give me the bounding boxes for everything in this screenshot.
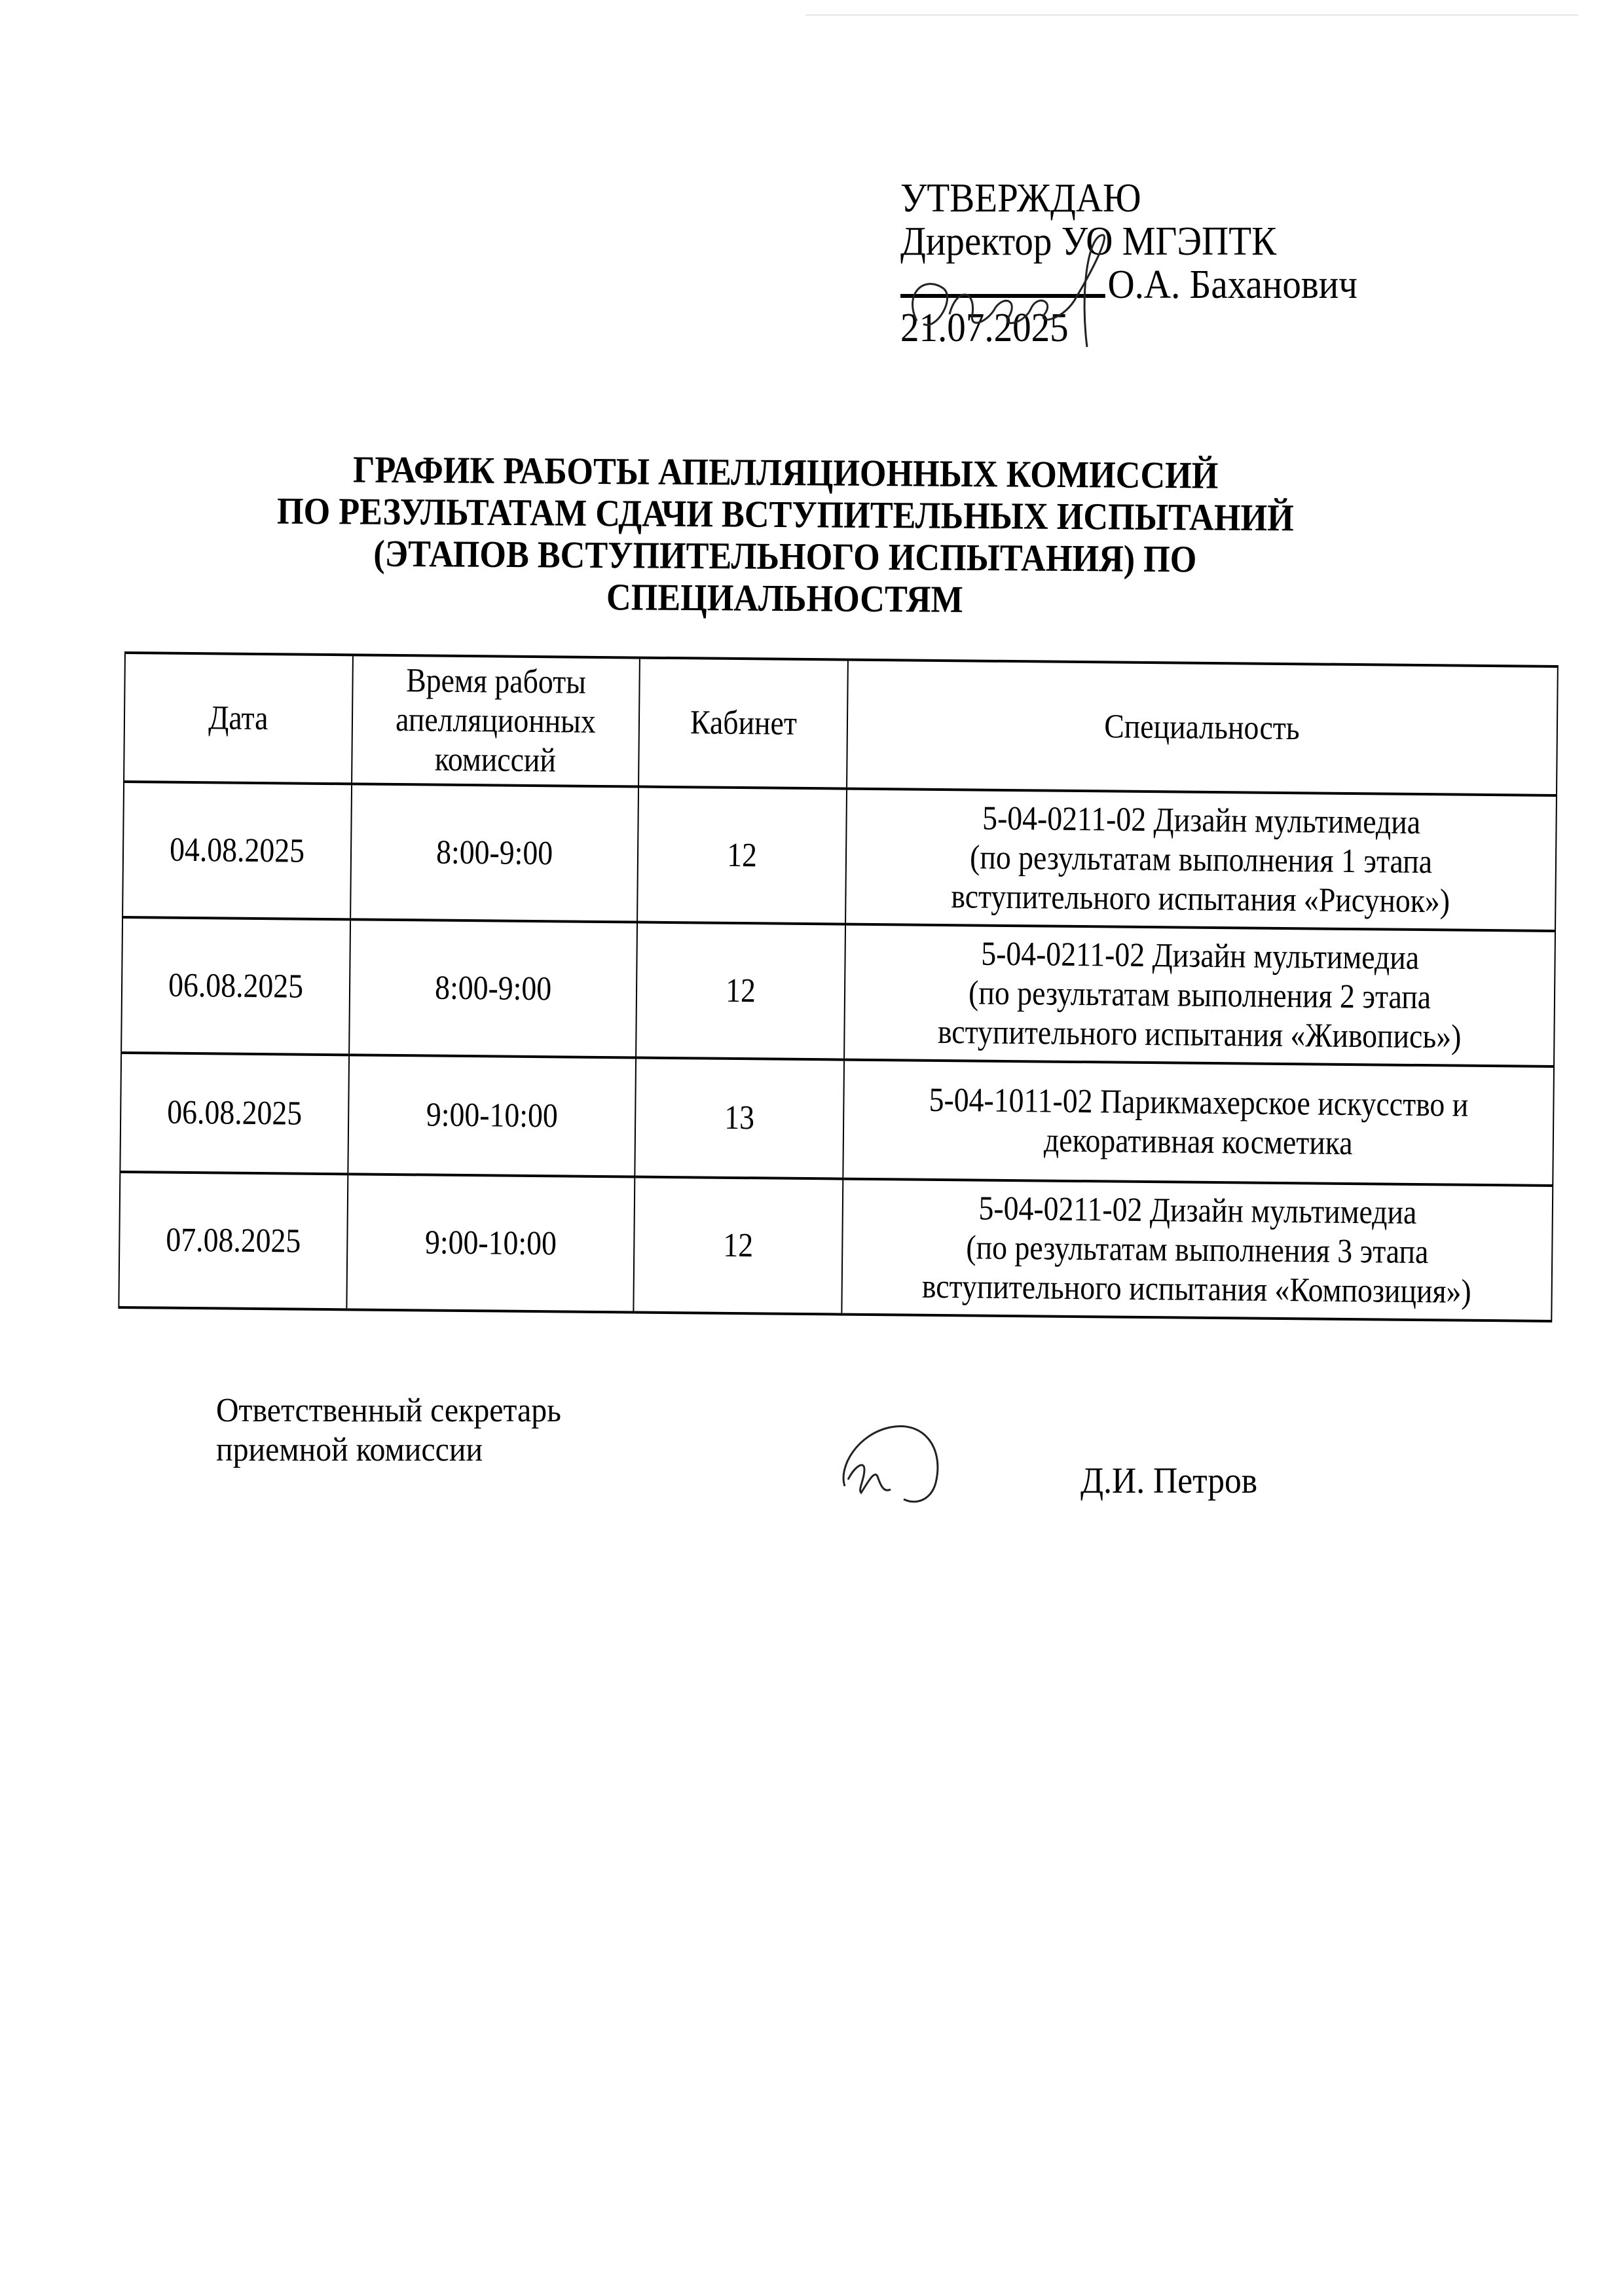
footer-name: Д.И. Петров: [1080, 1460, 1257, 1502]
title-line-4: СПЕЦИАЛЬНОСТЯМ: [189, 574, 1380, 624]
cell-date: 07.08.2025: [119, 1172, 348, 1309]
footer-role: Ответственный секретарь приемной комисси…: [216, 1391, 561, 1470]
approval-heading: УТВЕРЖДАЮ: [900, 177, 1357, 220]
cell-date: 06.08.2025: [121, 917, 350, 1055]
header-room: Кабинет: [638, 658, 848, 789]
header-time: Время работы апелляционных комиссий: [352, 655, 640, 786]
header-specialty: Специальность: [847, 660, 1558, 795]
director-signature-icon: [897, 216, 1146, 367]
cell-room: 13: [635, 1058, 844, 1179]
cell-specialty: 5-04-0211-02 Дизайн мультимедиа (по резу…: [844, 924, 1555, 1066]
secretary-signature-icon: [819, 1408, 963, 1512]
cell-time: 9:00-10:00: [348, 1055, 636, 1176]
cell-date: 06.08.2025: [120, 1053, 349, 1174]
schedule-table: Дата Время работы апелляционных комиссий…: [118, 651, 1559, 1322]
cell-time: 9:00-10:00: [346, 1174, 635, 1312]
document-title: ГРАФИК РАБОТЫ АПЕЛЛЯЦИОННЫХ КОМИССИЙ ПО …: [189, 448, 1381, 624]
cell-room: 12: [636, 922, 845, 1060]
table-row: 07.08.2025 9:00-10:00 12 5-04-0211-02 Ди…: [119, 1172, 1553, 1321]
table-row: 06.08.2025 8:00-9:00 12 5-04-0211-02 Диз…: [121, 917, 1555, 1066]
table-row: 04.08.2025 8:00-9:00 12 5-04-0211-02 Диз…: [122, 782, 1557, 931]
cell-room: 12: [637, 787, 847, 924]
cell-room: 12: [633, 1177, 843, 1315]
scan-artifact-line: [805, 14, 1578, 16]
cell-specialty: 5-04-0211-02 Дизайн мультимедиа (по резу…: [841, 1179, 1553, 1321]
title-line-2: ПО РЕЗУЛЬТАТАМ СДАЧИ ВСТУПИТЕЛЬНЫХ ИСПЫТ…: [190, 490, 1380, 540]
cell-specialty: 5-04-0211-02 Дизайн мультимедиа (по резу…: [845, 789, 1557, 931]
footer-role-line-2: приемной комиссии: [216, 1430, 561, 1470]
table-row: 06.08.2025 9:00-10:00 13 5-04-1011-02 Па…: [120, 1053, 1554, 1186]
cell-time: 8:00-9:00: [350, 784, 638, 922]
table-header-row: Дата Время работы апелляционных комиссий…: [124, 653, 1558, 795]
cell-time: 8:00-9:00: [349, 919, 637, 1057]
header-date: Дата: [124, 653, 353, 784]
schedule-table-wrapper: Дата Время работы апелляционных комиссий…: [118, 651, 1585, 1322]
cell-specialty: 5-04-1011-02 Парикмахерское искусство и …: [843, 1060, 1554, 1186]
footer-role-line-1: Ответственный секретарь: [216, 1391, 561, 1430]
cell-date: 04.08.2025: [122, 782, 352, 919]
